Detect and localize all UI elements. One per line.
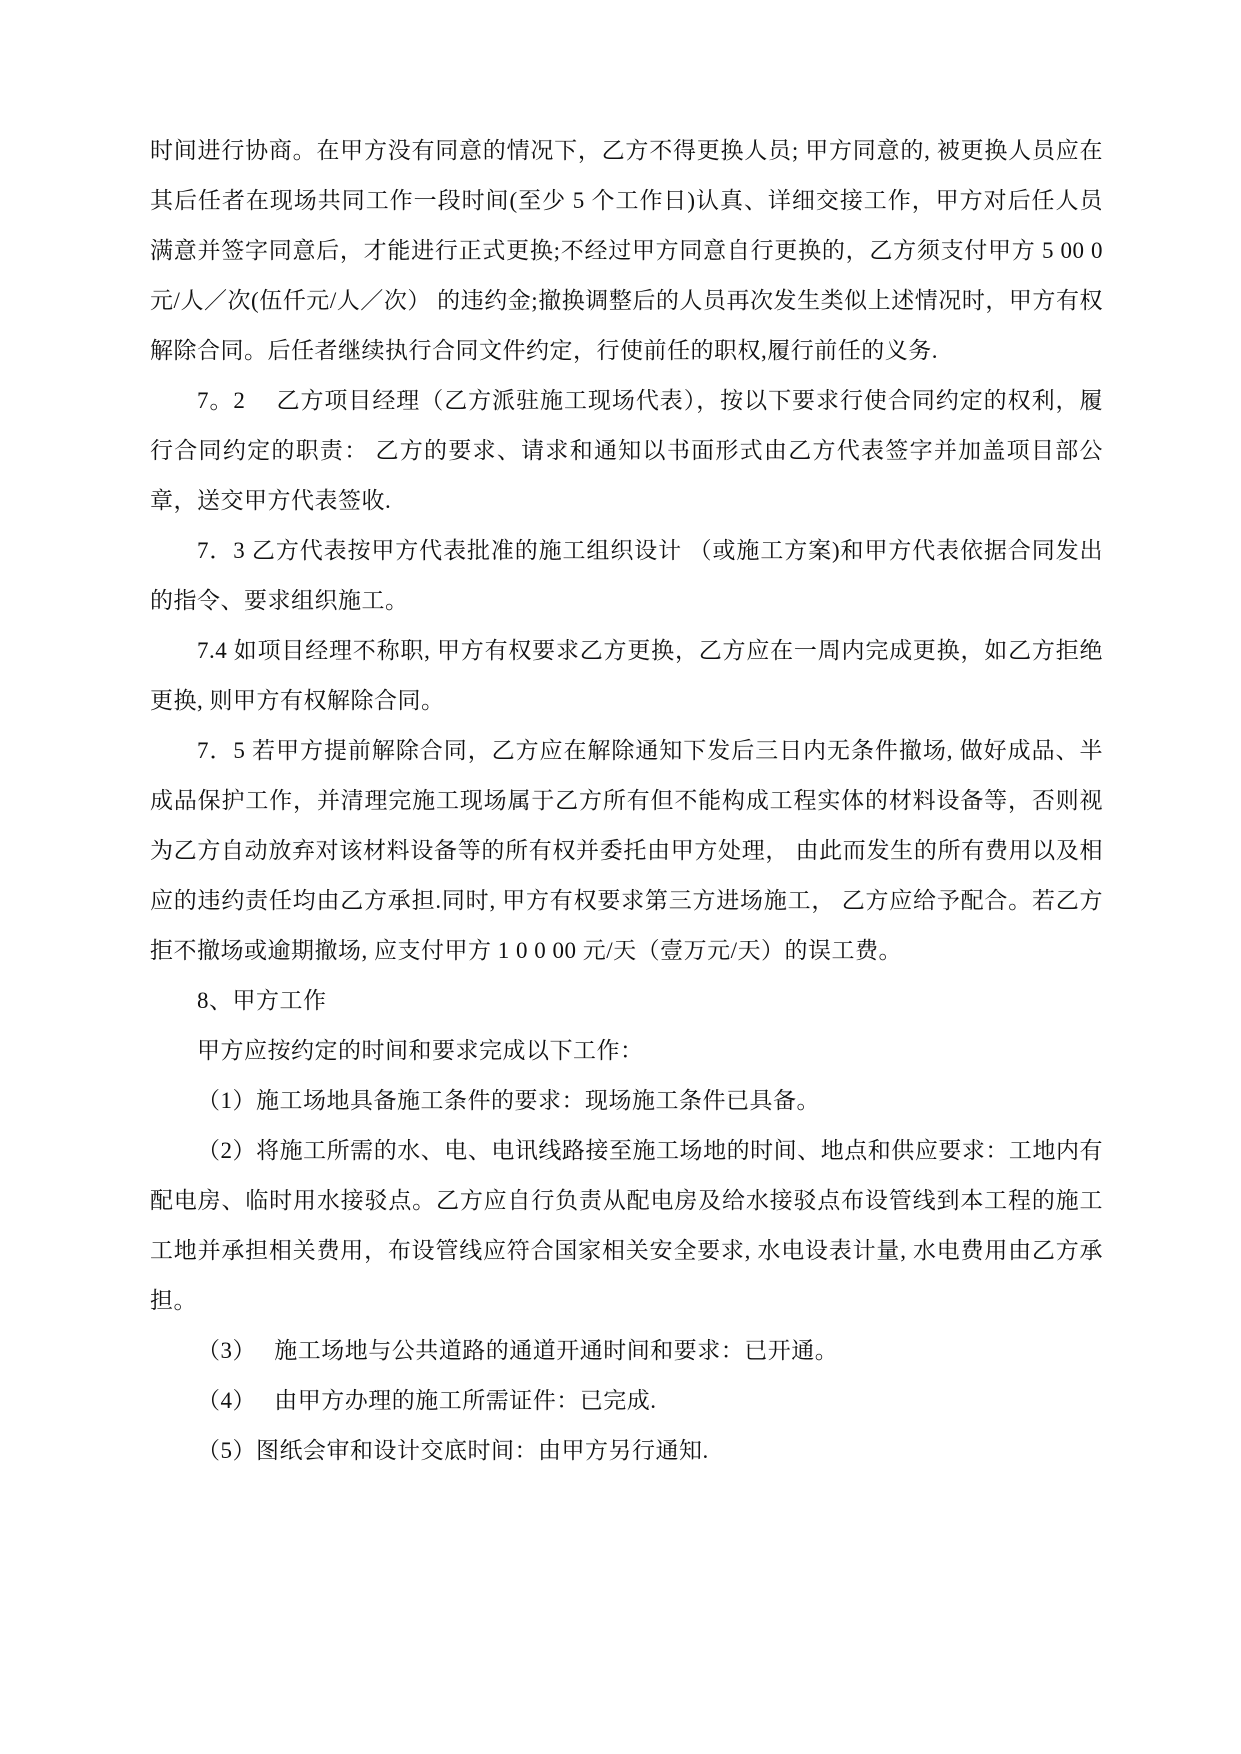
paragraph: 时间进行协商。在甲方没有同意的情况下，乙方不得更换人员; 甲方同意的, 被更换人… (150, 126, 1103, 376)
paragraph: （4） 由甲方办理的施工所需证件：已完成. (150, 1376, 1103, 1426)
paragraph: （2）将施工所需的水、电、电讯线路接至施工场地的时间、地点和供应要求：工地内有配… (150, 1126, 1103, 1326)
paragraph: 7.4 如项目经理不称职, 甲方有权要求乙方更换，乙方应在一周内完成更换，如乙方… (150, 626, 1103, 726)
paragraph: 7．3 乙方代表按甲方代表批准的施工组织设计 （或施工方案)和甲方代表依据合同发… (150, 526, 1103, 626)
document-body: 时间进行协商。在甲方没有同意的情况下，乙方不得更换人员; 甲方同意的, 被更换人… (150, 126, 1103, 1476)
paragraph: 甲方应按约定的时间和要求完成以下工作： (150, 1026, 1103, 1076)
paragraph: 8、甲方工作 (150, 976, 1103, 1026)
paragraph: 7。2 乙方项目经理（乙方派驻施工现场代表），按以下要求行使合同约定的权利，履行… (150, 376, 1103, 526)
paragraph: （3） 施工场地与公共道路的通道开通时间和要求：已开通。 (150, 1326, 1103, 1376)
document-page: 时间进行协商。在甲方没有同意的情况下，乙方不得更换人员; 甲方同意的, 被更换人… (0, 0, 1241, 1754)
paragraph: （5）图纸会审和设计交底时间：由甲方另行通知. (150, 1426, 1103, 1476)
paragraph: 7．5 若甲方提前解除合同，乙方应在解除通知下发后三日内无条件撤场, 做好成品、… (150, 726, 1103, 976)
paragraph: （1）施工场地具备施工条件的要求：现场施工条件已具备。 (150, 1076, 1103, 1126)
